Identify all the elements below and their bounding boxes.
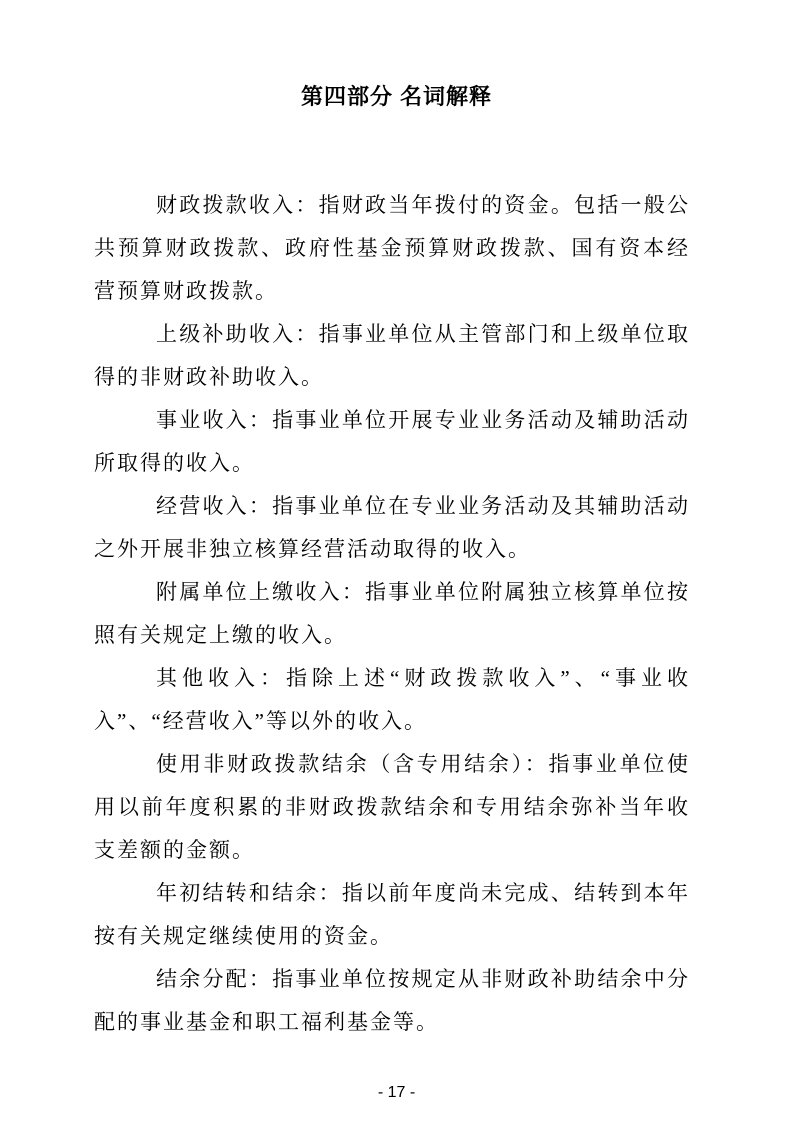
paragraph: 附属单位上缴收入：指事业单位附属独立核算单位按照有关规定上缴的收入。 [94,571,690,657]
paragraph: 结余分配：指事业单位按规定从非财政补助结余中分配的事业基金和职工福利基金等。 [94,958,690,1044]
section-title: 第四部分 名词解释 [0,0,793,110]
document-page: 第四部分 名词解释 财政拨款收入：指财政当年拨付的资金。包括一般公共预算财政拨款… [0,0,793,1122]
page-number: - 17 - [0,1083,793,1103]
paragraph: 上级补助收入：指事业单位从主管部门和上级单位取得的非财政补助收入。 [94,313,690,399]
body-text: 财政拨款收入：指财政当年拨付的资金。包括一般公共预算财政拨款、政府性基金预算财政… [94,184,690,1044]
paragraph: 经营收入：指事业单位在专业业务活动及其辅助活动之外开展非独立核算经营活动取得的收… [94,485,690,571]
paragraph: 其他收入：指除上述“财政拨款收入”、“事业收入”、“经营收入”等以外的收入。 [94,657,690,743]
paragraph: 使用非财政拨款结余（含专用结余）：指事业单位使用以前年度积累的非财政拨款结余和专… [94,743,690,872]
paragraph: 年初结转和结余：指以前年度尚未完成、结转到本年按有关规定继续使用的资金。 [94,872,690,958]
paragraph: 财政拨款收入：指财政当年拨付的资金。包括一般公共预算财政拨款、政府性基金预算财政… [94,184,690,313]
paragraph: 事业收入：指事业单位开展专业业务活动及辅助活动所取得的收入。 [94,399,690,485]
